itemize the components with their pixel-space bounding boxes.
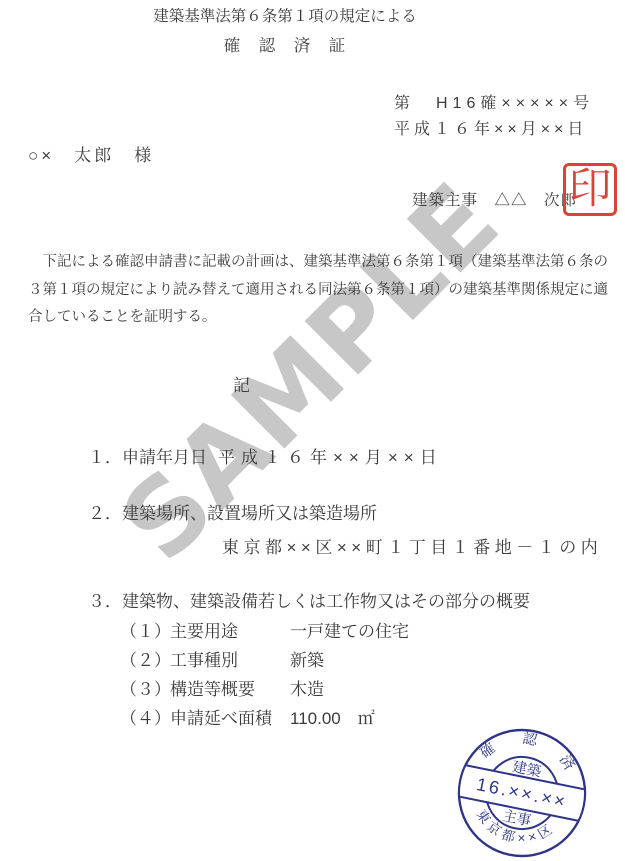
item-application-date: １．申請年月日 平成１６年××月××日 — [0, 443, 625, 465]
item-label: 建築場所、設置場所又は築造場所 — [122, 504, 377, 523]
item-number: ２． — [88, 504, 122, 523]
item-label: 建築物、建築設備若しくは工作物又はその部分の概要 — [122, 592, 530, 611]
item-building-site-address: 東京都××区××町１丁目１番地－１の内 — [0, 533, 625, 555]
sub-item-work-type: （２） 工事種別 新築 — [0, 646, 625, 668]
item-value: 平成１６年××月××日 — [218, 443, 443, 468]
sub-item-label: 主要用途 — [170, 617, 238, 642]
document-title: 確 認 済 証 — [0, 32, 570, 56]
sub-item-label: 構造等概要 — [170, 675, 255, 700]
sub-item-number: （４） — [120, 704, 171, 729]
certification-paragraph: 下記による確認申請書に記載の計画は、建築基準法第６条第１項（建築基準法第６条の … — [28, 249, 608, 332]
sub-item-label: 申請延べ面積 — [170, 704, 272, 729]
paragraph-line: ３第１項の規定により読み替えて適用される同法第６条第１項）の建築基準関係規定に適 — [28, 277, 608, 305]
sub-item-value: 木造 — [290, 675, 324, 700]
item-building-site: ２．建築場所、設置場所又は築造場所 — [0, 499, 625, 521]
sub-item-number: （１） — [120, 617, 171, 642]
item-building-overview: ３．建築物、建築設備若しくは工作物又はその部分の概要 — [0, 587, 625, 609]
item-number: １． — [88, 448, 122, 467]
record-marker: 記 — [233, 371, 250, 396]
document-content: 建築基準法第６条第１項の規定による 確 認 済 証 第 H16確×××××号 平… — [0, 0, 625, 861]
certificate-page: SAMPLE 建築基準法第６条第１項の規定による 確 認 済 証 第 H16確×… — [0, 0, 625, 861]
sub-item-number: （３） — [120, 675, 171, 700]
round-stamp-svg: 確 認 済 建築 16.××.×× 主事 東京都××区 — [452, 723, 592, 861]
sub-item-value: 110.00 ㎡ — [290, 704, 375, 729]
sub-item-structure: （３） 構造等概要 木造 — [0, 675, 625, 697]
sub-item-label: 工事種別 — [170, 646, 238, 671]
item-number: ３． — [88, 592, 122, 611]
document-number: 第 H16確×××××号 — [394, 90, 594, 113]
examiner-signature: 建築主事 △△ 次郎 — [412, 188, 577, 210]
sub-item-number: （２） — [120, 646, 171, 671]
paragraph-line: 下記による確認申請書に記載の計画は、建築基準法第６条第１項（建築基準法第６条の — [28, 249, 608, 277]
item-label: 申請年月日 — [122, 448, 207, 467]
sub-item-value: 新築 — [290, 646, 324, 671]
sub-item-main-use: （１） 主要用途 一戸建ての住宅 — [0, 617, 625, 639]
issue-date: 平成１６年××月××日 — [394, 116, 587, 139]
confirmation-stamp-icon: 確 認 済 建築 16.××.×× 主事 東京都××区 — [452, 723, 592, 861]
paragraph-line: 合していることを証明する。 — [28, 304, 608, 332]
seal-character: 印 — [569, 168, 612, 211]
item-value: 東京都××区××町１丁目１番地－１の内 — [222, 533, 602, 558]
document-subtitle: 建築基準法第６条第１項の規定による — [0, 4, 570, 26]
inkan-seal-icon: 印 — [563, 163, 617, 216]
addressee-name: ○× 太郎 様 — [28, 141, 154, 166]
sub-item-value: 一戸建ての住宅 — [290, 617, 409, 642]
